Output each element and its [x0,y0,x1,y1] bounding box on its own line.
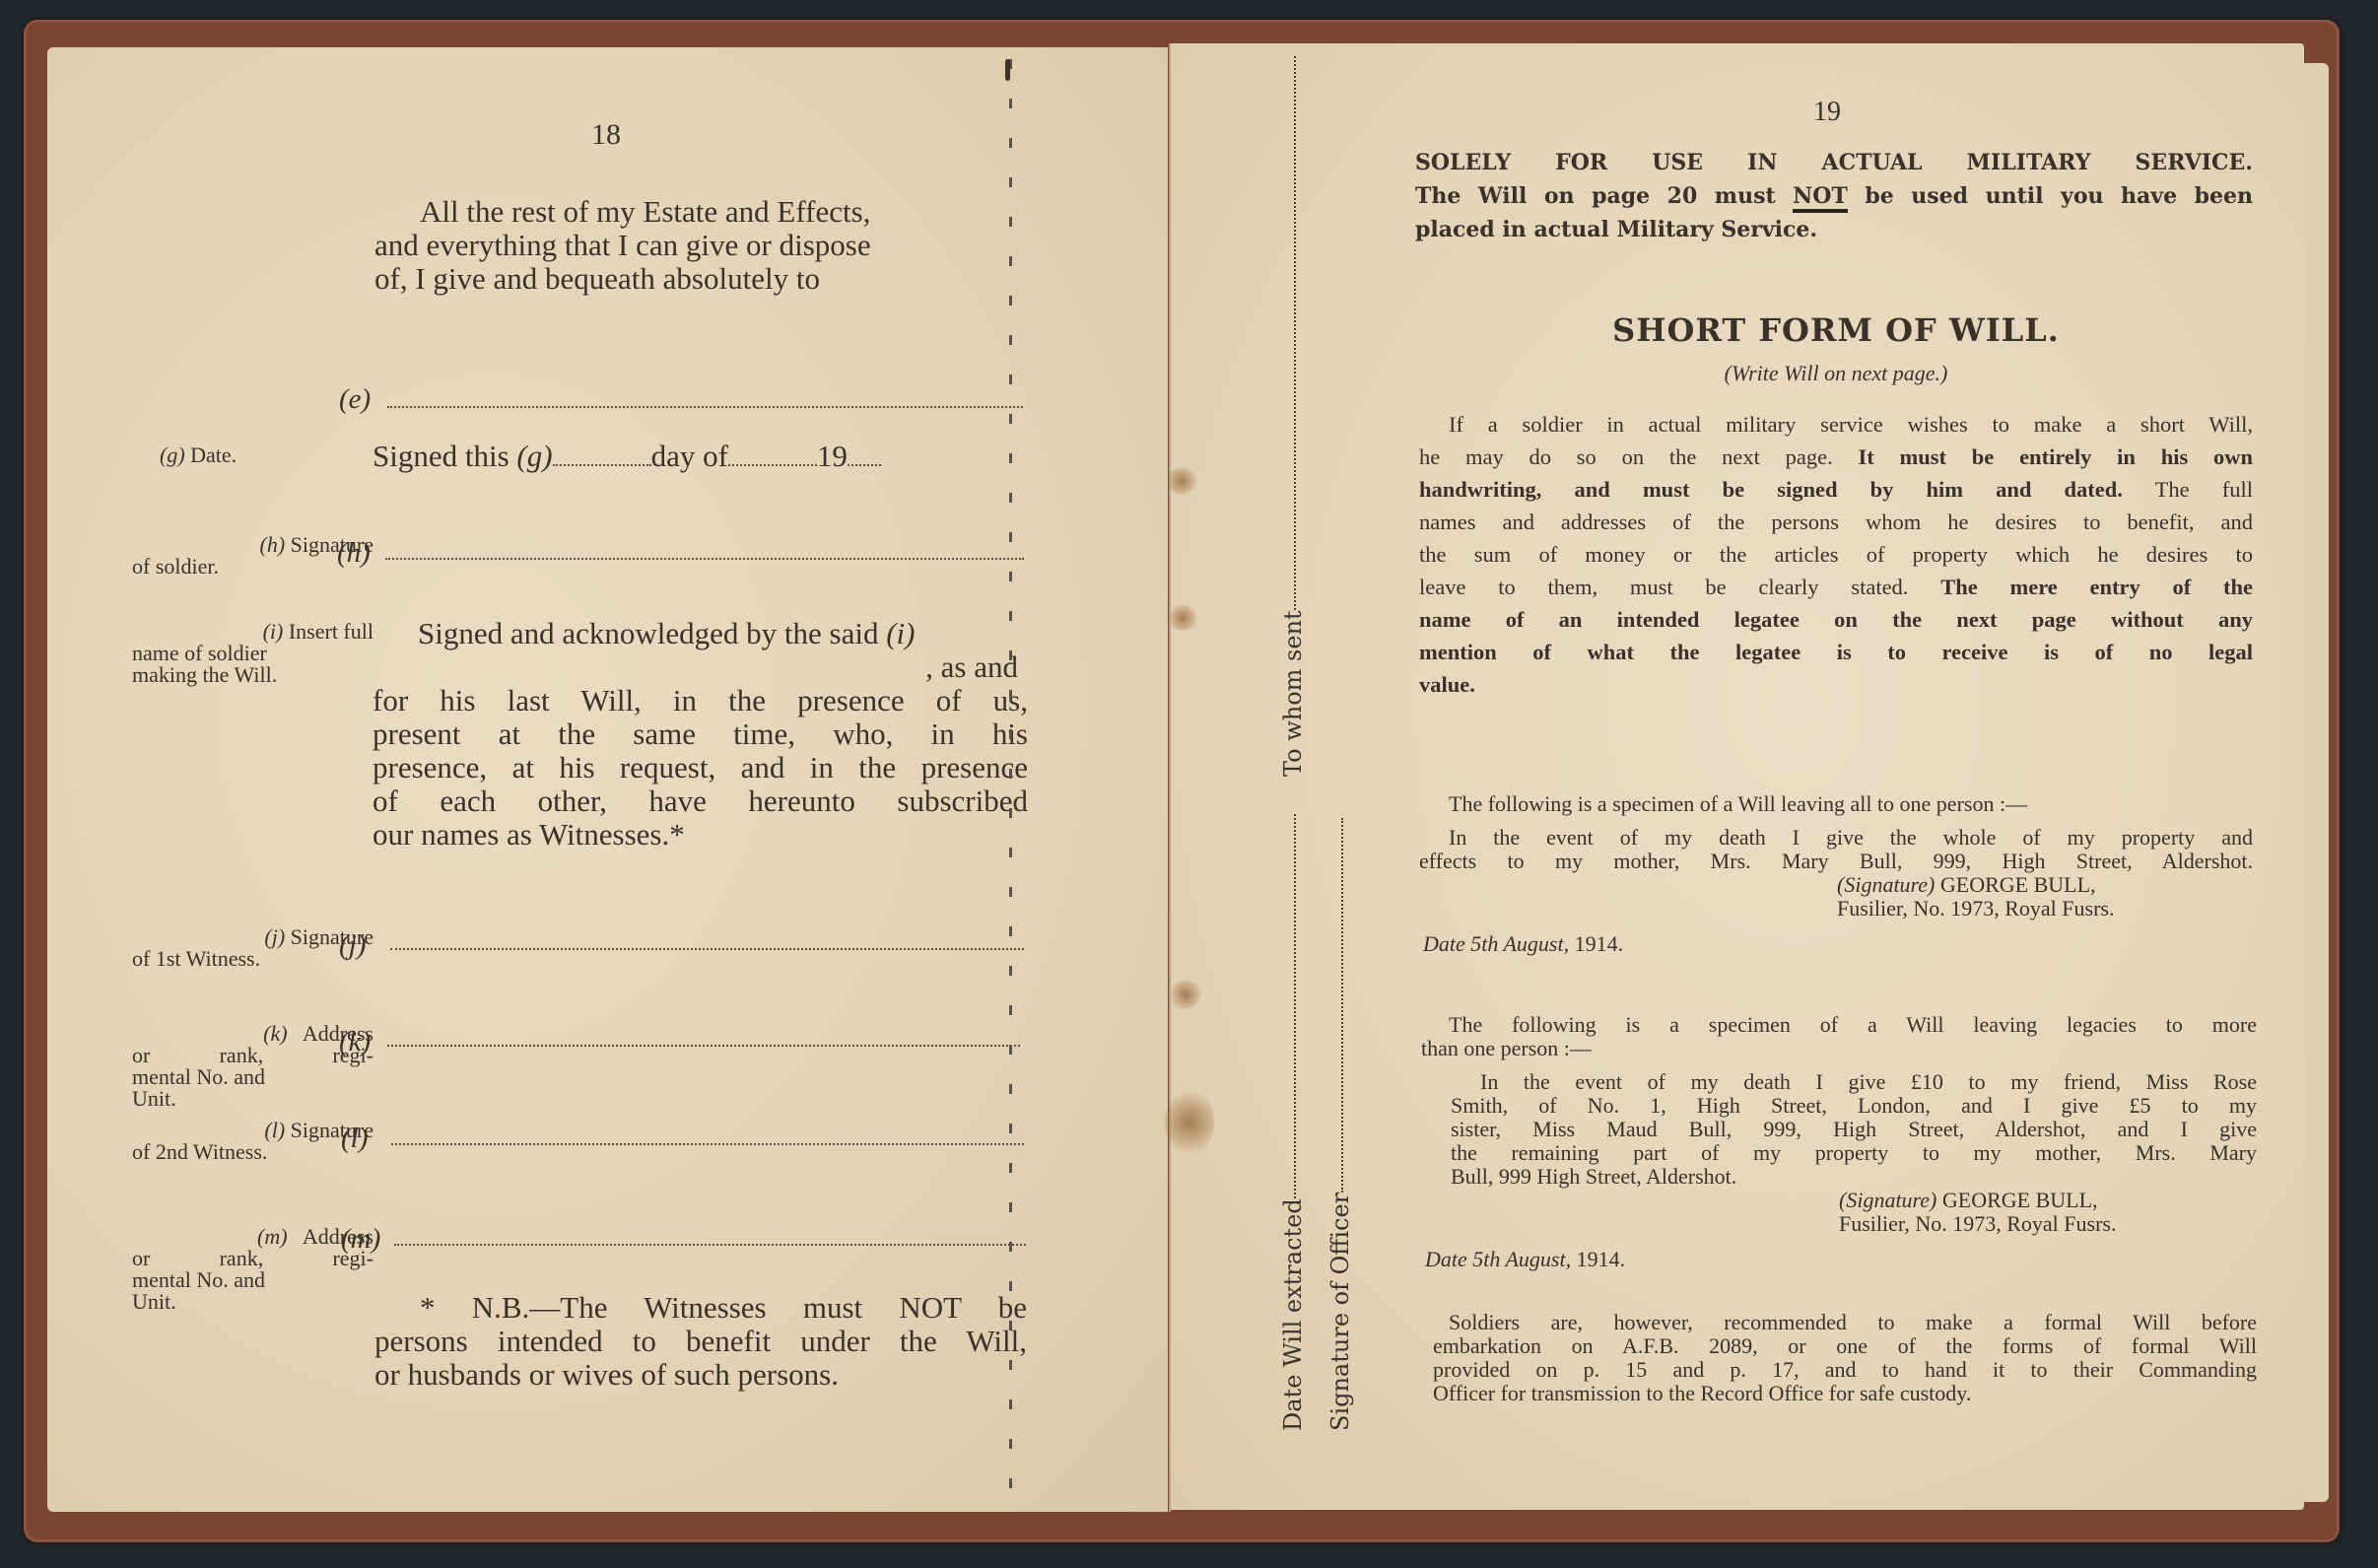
estate-clause-line: All the rest of my Estate and Effects, [374,195,1025,229]
perforation-mark [1005,59,1010,81]
military-service-warning: SOLELY FOR USE IN ACTUAL MILITARY SERVIC… [1415,146,2253,246]
estate-clause-line: and everything that I can give or dispos… [374,229,1025,262]
short-form-instructions: If a soldier in actual military service … [1419,408,2253,701]
year-field[interactable] [848,464,881,466]
date-margin-note: (g) Date. [160,444,237,466]
specimen-will-multiple-legacies: The following is a specimen of a Will le… [1421,1013,2257,1271]
formal-will-recommendation: Soldiers are, however, recommended to ma… [1433,1311,2257,1405]
field-j-marker: (j) [339,928,366,962]
page-number: 18 [591,118,621,152]
short-form-subtitle: (Write Will on next page.) [1417,361,2255,386]
short-form-title: SHORT FORM OF WILL. [1417,311,2255,349]
estate-clause: All the rest of my Estate and Effects, a… [374,195,1025,296]
insert-name-margin-note: (i) Insert full name of soldier making t… [132,621,374,686]
field-k-marker: (k) [339,1025,371,1058]
first-witness-signature-line[interactable] [390,948,1024,950]
first-witness-margin-note: (j) Signature of 1st Witness. [132,926,374,970]
estate-clause-line: of, I give and bequeath absolutely to [374,262,1025,296]
field-h-marker: (h) [337,536,371,570]
left-page: 18 All the rest of my Estate and Effects… [47,47,1168,1512]
not-emphasis: NOT [1793,183,1848,213]
second-witness-margin-note: (l) Signature of 2nd Witness. [132,1120,374,1163]
first-witness-address-line[interactable] [387,1045,1020,1047]
day-field[interactable] [553,464,651,466]
month-field[interactable] [728,464,817,466]
right-page: To whom sent Date Will extracted Signatu… [1171,43,2304,1510]
witness-footnote: * N.B.—The Witnesses must NOT be persons… [374,1291,1027,1392]
field-e-line[interactable] [387,406,1023,408]
second-witness-address-line[interactable] [394,1244,1026,1246]
soldier-signature-line[interactable] [385,558,1024,560]
field-m-marker: (m) [341,1222,380,1256]
page-number: 19 [1813,97,1841,128]
date-will-extracted-field[interactable]: Date Will extracted [1279,814,1307,1431]
second-witness-address-margin-note: (m) Address or rank, regi- mental No. an… [132,1226,374,1313]
to-whom-sent-field[interactable]: To whom sent [1279,56,1307,777]
field-l-marker: (l) [341,1122,368,1155]
second-witness-signature-line[interactable] [391,1143,1024,1145]
attestation-clause: Signed and acknowledged by the said (i) … [373,617,1028,852]
specimen-will-one-person: The following is a specimen of a Will le… [1419,792,2253,956]
officer-signature-field[interactable]: Signature of Officer [1326,818,1354,1431]
field-e-marker: (e) [339,382,371,416]
date-row: Signed this (g)day of19 [373,440,1028,473]
first-witness-address-margin-note: (k) Address or rank, regi- mental No. an… [132,1023,374,1110]
perforation-line[interactable] [1009,59,1012,1488]
soldier-name-field[interactable]: , as and [373,650,1028,684]
